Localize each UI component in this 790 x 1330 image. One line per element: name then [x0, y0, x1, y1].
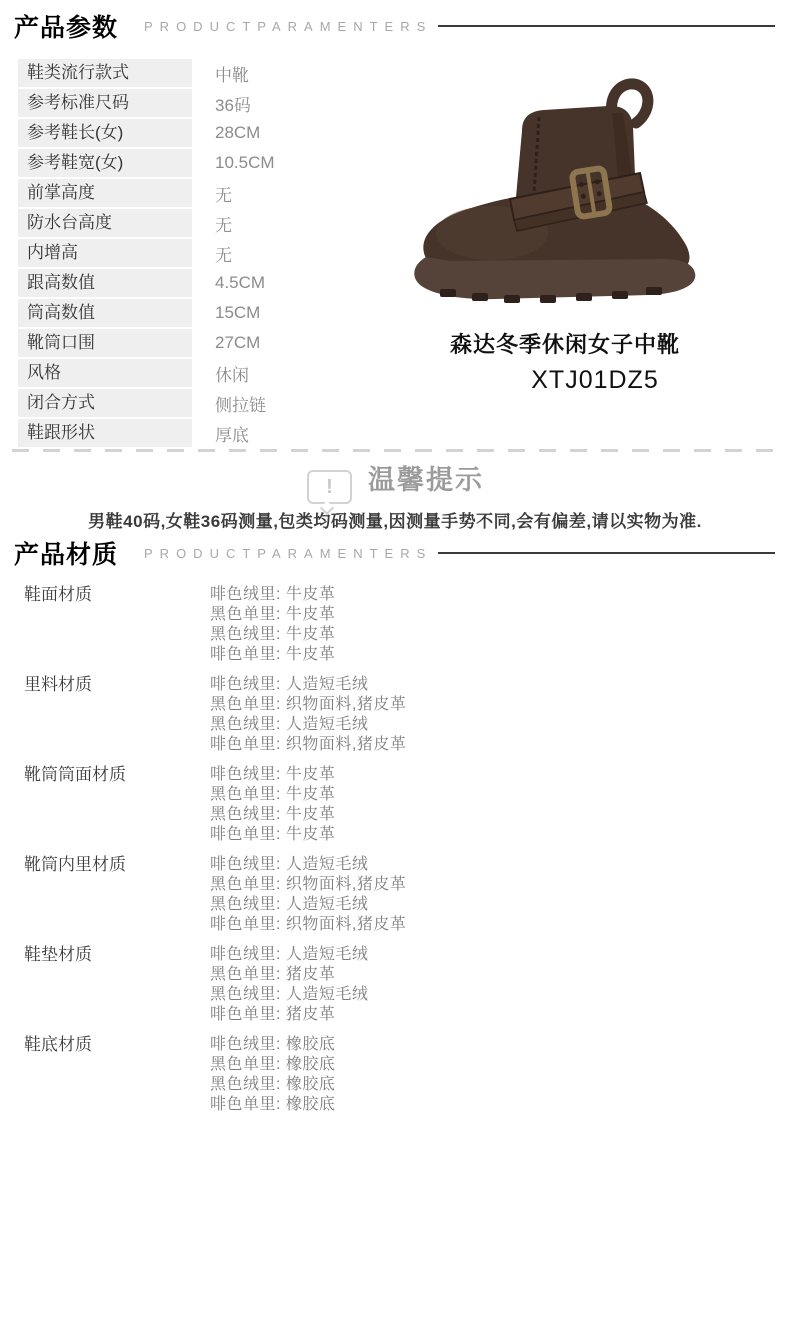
- material-line: 啡色单里: 猪皮革: [210, 1005, 764, 1025]
- material-label: 鞋垫材质: [24, 945, 210, 1025]
- material-line: 黑色绒里: 人造短毛绒: [210, 985, 764, 1005]
- table-row: 内增高无: [18, 239, 400, 267]
- material-line: 啡色绒里: 橡胶底: [210, 1035, 764, 1055]
- param-label: 参考鞋长(女): [18, 119, 192, 147]
- material-line: 啡色绒里: 人造短毛绒: [210, 855, 764, 875]
- product-code: XTJ01DZ5: [415, 366, 775, 395]
- table-row: 闭合方式侧拉链: [18, 389, 400, 417]
- material-line: 黑色单里: 牛皮革: [210, 785, 764, 805]
- param-label: 闭合方式: [18, 389, 192, 417]
- material-label: 里料材质: [24, 675, 210, 755]
- materials-section-title: 产品材质: [14, 535, 118, 571]
- material-line: 啡色绒里: 牛皮革: [210, 585, 764, 605]
- material-label: 鞋面材质: [24, 585, 210, 665]
- material-label: 靴筒筒面材质: [24, 765, 210, 845]
- table-row: 靴筒口围27CM: [18, 329, 400, 357]
- param-value: 休闲: [215, 361, 249, 386]
- param-value: 28CM: [215, 123, 260, 143]
- param-value: 厚底: [215, 421, 249, 446]
- material-values: 啡色绒里: 牛皮革 黑色单里: 牛皮革 黑色绒里: 牛皮革 啡色单里: 牛皮革: [210, 765, 764, 845]
- material-line: 黑色单里: 牛皮革: [210, 605, 764, 625]
- list-item: 鞋底材质 啡色绒里: 橡胶底 黑色单里: 橡胶底 黑色绒里: 橡胶底 啡色单里:…: [24, 1035, 764, 1115]
- product-detail-page: 产品参数 PRODUCTPARAMENTERS 鞋类流行款式中靴 参考标准尺码3…: [0, 0, 790, 1330]
- param-label: 参考鞋宽(女): [18, 149, 192, 177]
- param-value: 4.5CM: [215, 273, 265, 293]
- table-row: 参考标准尺码36码: [18, 89, 400, 117]
- materials-header-rule: [438, 552, 775, 554]
- material-line: 黑色单里: 猪皮革: [210, 965, 764, 985]
- table-row: 鞋类流行款式中靴: [18, 59, 400, 87]
- param-value: 无: [215, 181, 232, 206]
- material-line: 黑色绒里: 橡胶底: [210, 1075, 764, 1095]
- param-label: 鞋类流行款式: [18, 59, 192, 87]
- table-row: 风格休闲: [18, 359, 400, 387]
- material-line: 啡色绒里: 牛皮革: [210, 765, 764, 785]
- param-value: 27CM: [215, 333, 260, 353]
- param-value: 36码: [215, 91, 251, 116]
- table-row: 参考鞋长(女)28CM: [18, 119, 400, 147]
- param-label: 筒高数值: [18, 299, 192, 327]
- material-values: 啡色绒里: 橡胶底 黑色单里: 橡胶底 黑色绒里: 橡胶底 啡色单里: 橡胶底: [210, 1035, 764, 1115]
- param-label: 跟高数值: [18, 269, 192, 297]
- product-name: 森达冬季休闲女子中靴: [385, 328, 745, 359]
- table-row: 参考鞋宽(女)10.5CM: [18, 149, 400, 177]
- table-row: 前掌高度无: [18, 179, 400, 207]
- material-values: 啡色绒里: 人造短毛绒 黑色单里: 猪皮革 黑色绒里: 人造短毛绒 啡色单里: …: [210, 945, 764, 1025]
- material-line: 啡色绒里: 人造短毛绒: [210, 675, 764, 695]
- material-label: 鞋底材质: [24, 1035, 210, 1115]
- material-line: 啡色单里: 织物面料,猪皮革: [210, 915, 764, 935]
- notice-title: 温馨提示: [368, 458, 484, 497]
- material-values: 啡色绒里: 牛皮革 黑色单里: 牛皮革 黑色绒里: 牛皮革 啡色单里: 牛皮革: [210, 585, 764, 665]
- materials-section-subtitle: PRODUCTPARAMENTERS: [144, 546, 432, 561]
- param-label: 鞋跟形状: [18, 419, 192, 447]
- material-line: 啡色单里: 橡胶底: [210, 1095, 764, 1115]
- param-label: 参考标准尺码: [18, 89, 192, 117]
- list-item: 靴筒内里材质 啡色绒里: 人造短毛绒 黑色单里: 织物面料,猪皮革 黑色绒里: …: [24, 855, 764, 935]
- table-row: 筒高数值15CM: [18, 299, 400, 327]
- material-list: 鞋面材质 啡色绒里: 牛皮革 黑色单里: 牛皮革 黑色绒里: 牛皮革 啡色单里:…: [24, 585, 764, 1125]
- param-value: 中靴: [215, 61, 249, 86]
- table-row: 防水台高度无: [18, 209, 400, 237]
- param-value: 侧拉链: [215, 391, 266, 416]
- material-line: 啡色绒里: 人造短毛绒: [210, 945, 764, 965]
- notice-text: 男鞋40码,女鞋36码测量,包类均码测量,因测量手势不同,会有偏差,请以实物为准…: [0, 507, 790, 532]
- material-line: 黑色单里: 织物面料,猪皮革: [210, 695, 764, 715]
- param-value: 无: [215, 211, 232, 236]
- materials-section-header: 产品材质 PRODUCTPARAMENTERS: [0, 535, 790, 571]
- exclamation-bubble-icon: !: [307, 470, 352, 504]
- param-value: 10.5CM: [215, 153, 275, 173]
- material-line: 黑色单里: 织物面料,猪皮革: [210, 875, 764, 895]
- table-row: 鞋跟形状厚底: [18, 419, 400, 447]
- material-line: 黑色绒里: 人造短毛绒: [210, 895, 764, 915]
- material-line: 黑色绒里: 牛皮革: [210, 625, 764, 645]
- params-section-subtitle: PRODUCTPARAMENTERS: [144, 19, 432, 34]
- material-line: 黑色绒里: 人造短毛绒: [210, 715, 764, 735]
- dashed-divider: [12, 449, 778, 452]
- material-line: 黑色绒里: 牛皮革: [210, 805, 764, 825]
- parameter-table: 鞋类流行款式中靴 参考标准尺码36码 参考鞋长(女)28CM 参考鞋宽(女)10…: [18, 59, 400, 449]
- table-row: 跟高数值4.5CM: [18, 269, 400, 297]
- param-label: 风格: [18, 359, 192, 387]
- param-value: 无: [215, 241, 232, 266]
- material-label: 靴筒内里材质: [24, 855, 210, 935]
- material-values: 啡色绒里: 人造短毛绒 黑色单里: 织物面料,猪皮革 黑色绒里: 人造短毛绒 啡…: [210, 675, 764, 755]
- param-label: 前掌高度: [18, 179, 192, 207]
- param-label: 防水台高度: [18, 209, 192, 237]
- material-values: 啡色绒里: 人造短毛绒 黑色单里: 织物面料,猪皮革 黑色绒里: 人造短毛绒 啡…: [210, 855, 764, 935]
- list-item: 鞋面材质 啡色绒里: 牛皮革 黑色单里: 牛皮革 黑色绒里: 牛皮革 啡色单里:…: [24, 585, 764, 665]
- product-photo-boot: [400, 72, 730, 324]
- param-label: 内增高: [18, 239, 192, 267]
- list-item: 鞋垫材质 啡色绒里: 人造短毛绒 黑色单里: 猪皮革 黑色绒里: 人造短毛绒 啡…: [24, 945, 764, 1025]
- material-line: 啡色单里: 牛皮革: [210, 825, 764, 845]
- list-item: 靴筒筒面材质 啡色绒里: 牛皮革 黑色单里: 牛皮革 黑色绒里: 牛皮革 啡色单…: [24, 765, 764, 845]
- material-line: 黑色单里: 橡胶底: [210, 1055, 764, 1075]
- material-line: 啡色单里: 织物面料,猪皮革: [210, 735, 764, 755]
- param-label: 靴筒口围: [18, 329, 192, 357]
- list-item: 里料材质 啡色绒里: 人造短毛绒 黑色单里: 织物面料,猪皮革 黑色绒里: 人造…: [24, 675, 764, 755]
- material-line: 啡色单里: 牛皮革: [210, 645, 764, 665]
- params-section-header: 产品参数 PRODUCTPARAMENTERS: [0, 8, 790, 44]
- param-value: 15CM: [215, 303, 260, 323]
- params-header-rule: [438, 25, 775, 27]
- params-section-title: 产品参数: [14, 8, 118, 44]
